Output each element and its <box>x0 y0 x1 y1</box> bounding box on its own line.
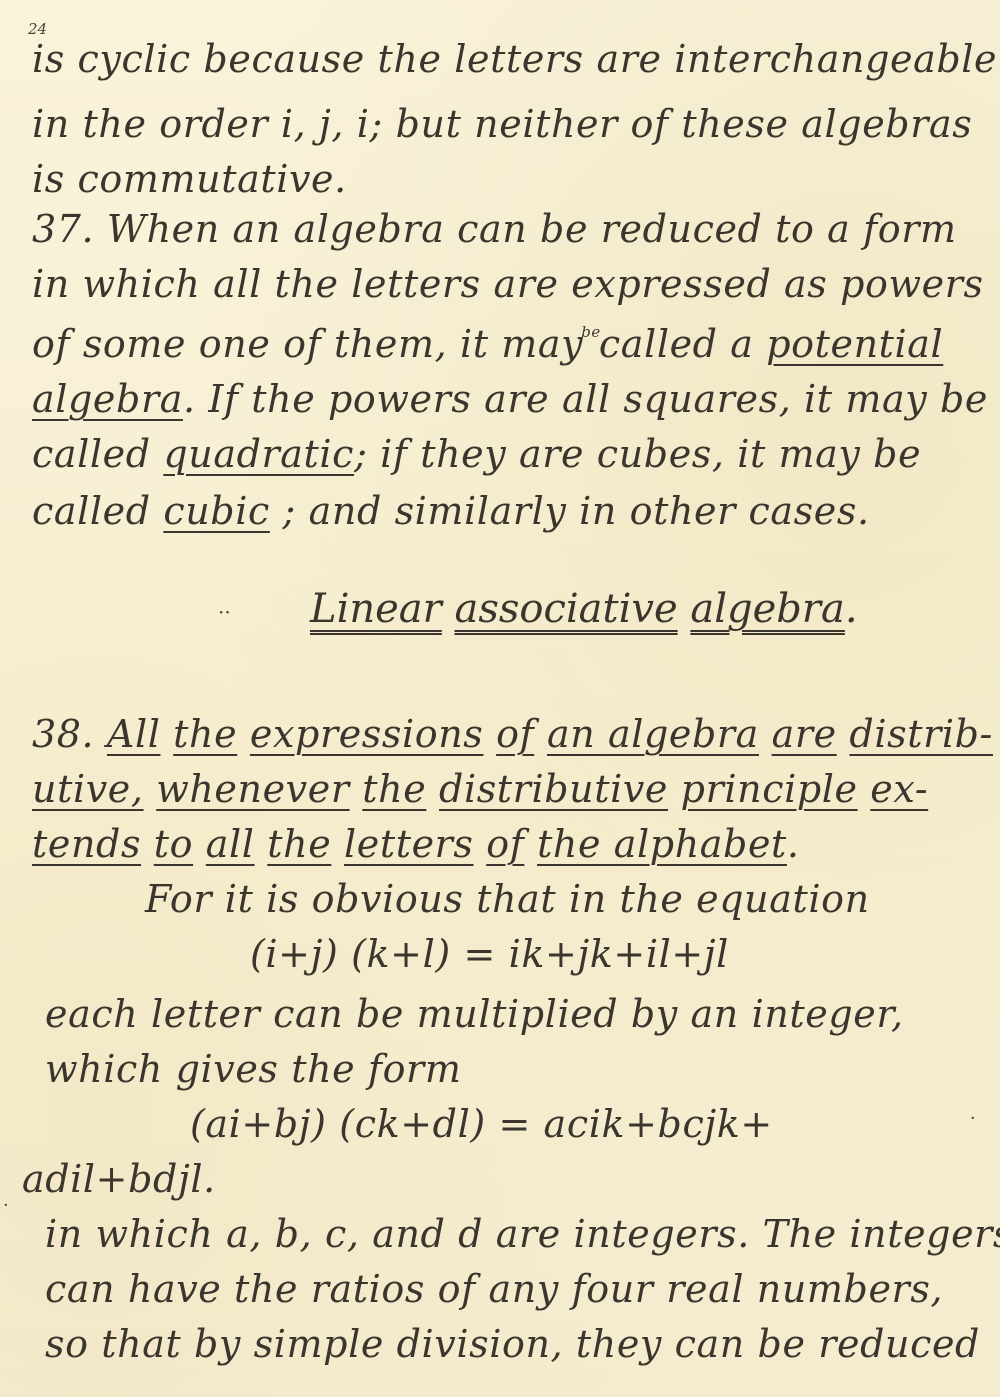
heading-word-algebra: algebra <box>690 586 845 632</box>
underlined-word: letters <box>344 822 474 866</box>
section-heading: Linear associative algebra. <box>310 586 858 632</box>
underlined-word: the alphabet <box>537 822 787 866</box>
text-fragment: called <box>32 432 163 476</box>
text-fragment: of some one of them, it may <box>32 322 583 366</box>
equation-2-continued: adil+bdjl. <box>22 1160 216 1198</box>
underlined-word: all <box>206 822 255 866</box>
underlined-word: the <box>267 822 331 866</box>
text-fragment: ; if they are cubes, it may be <box>354 432 921 476</box>
underlined-word: an algebra <box>547 712 759 756</box>
heading-word-linear: Linear <box>310 586 442 632</box>
underlined-word: All <box>107 712 161 756</box>
heading-word-associative: associative <box>454 586 677 632</box>
underlined-term-potential: potential <box>766 322 943 366</box>
underlined-word: distributive <box>439 767 668 811</box>
underlined-term-cubic: cubic <box>163 489 270 533</box>
underlined-word: utive, <box>32 767 144 811</box>
section-37-line-3: of some one of them, it maybecalled a po… <box>32 325 943 363</box>
underlined-word: ex- <box>870 767 928 811</box>
equation-2: (ai+bj) (ck+dl) = acik+bcjk+ <box>190 1105 773 1143</box>
underlined-word: of <box>496 712 534 756</box>
underlined-word: are <box>772 712 837 756</box>
underlined-term-algebra: algebra <box>32 377 183 421</box>
heading-period: . <box>845 586 858 632</box>
heading-dots: ·· <box>218 600 231 624</box>
underlined-term-quadratic: quadratic <box>163 432 354 476</box>
underlined-word: whenever <box>156 767 349 811</box>
section-38-line-3: tends to all the letters of the alphabet… <box>32 825 800 863</box>
page-number: 24 <box>28 20 47 38</box>
text-fragment: called <box>32 489 163 533</box>
underlined-word: principle <box>681 767 858 811</box>
section-38-line-6: which gives the form <box>45 1050 461 1088</box>
inserted-word: be <box>581 323 601 341</box>
underlined-word: expressions <box>250 712 484 756</box>
section-38-line-1: 38. All the expressions of an algebra ar… <box>32 715 993 753</box>
text-line-3: is commutative. <box>32 160 347 198</box>
underlined-word: the <box>173 712 237 756</box>
ink-dot: · <box>970 1108 976 1129</box>
section-37-line-6: called cubic ; and similarly in other ca… <box>32 492 870 530</box>
section-37-line-2: in which all the letters are expressed a… <box>32 265 984 303</box>
section-38-line-7: in which a, b, c, and d are integers. Th… <box>45 1215 1000 1253</box>
text-line-2: in the order i, j, i; but neither of the… <box>32 105 972 143</box>
section-38-line-5: each letter can be multiplied by an inte… <box>45 995 904 1033</box>
text-line-1: is cyclic because the letters are interc… <box>32 40 997 78</box>
section-number: 38. <box>32 712 107 756</box>
section-38-line-9: so that by simple division, they can be … <box>45 1325 980 1363</box>
manuscript-page: 24 is cyclic because the letters are int… <box>0 0 1000 1397</box>
text-fragment: . If the powers are all squares, it may … <box>183 377 988 421</box>
underlined-word: the <box>362 767 426 811</box>
underlined-word: distrib- <box>849 712 993 756</box>
text-fragment: . <box>787 822 800 866</box>
underlined-word: of <box>486 822 524 866</box>
section-37-line-5: called quadratic; if they are cubes, it … <box>32 435 921 473</box>
text-fragment: called a <box>599 322 766 366</box>
section-38-line-8: can have the ratios of any four real num… <box>45 1270 943 1308</box>
section-37-line-4: algebra. If the powers are all squares, … <box>32 380 988 418</box>
equation-1: (i+j) (k+l) = ik+jk+il+jl <box>250 935 729 973</box>
section-37-line-1: 37. When an algebra can be reduced to a … <box>32 210 957 248</box>
ink-dot: · <box>3 1195 9 1216</box>
section-38-line-4: For it is obvious that in the equation <box>145 880 870 918</box>
underlined-word: tends <box>32 822 141 866</box>
section-38-line-2: utive, whenever the distributive princip… <box>32 770 928 808</box>
text-fragment: ; and similarly in other cases. <box>270 489 870 533</box>
underlined-word: to <box>154 822 193 866</box>
